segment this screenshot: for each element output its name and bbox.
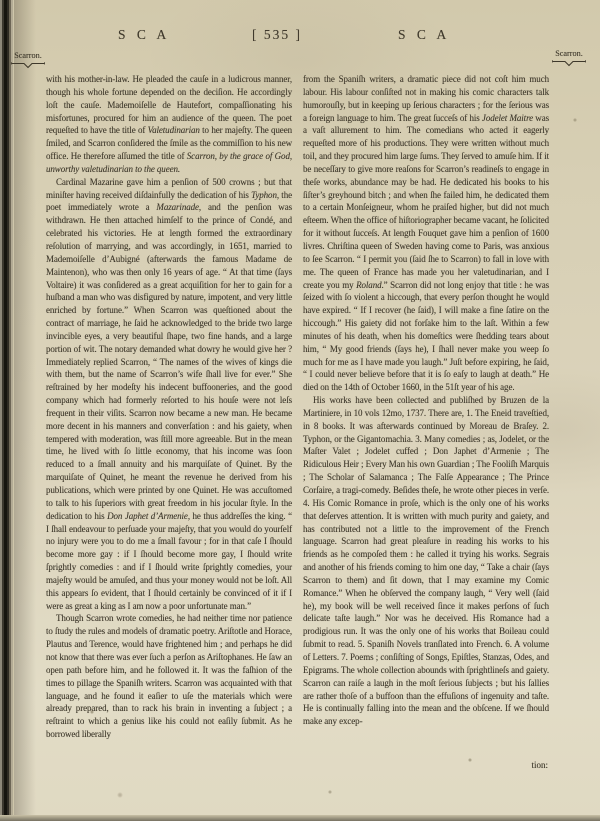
italic-text-run: Typhon (251, 190, 277, 200)
text-run: was a vaſt allurement to him. The comedi… (303, 113, 549, 290)
text-run: , and the penſion was withdrawn. He then… (46, 202, 292, 520)
paragraph: from the Spaniſh writers, a dramatic pie… (303, 73, 549, 394)
paragraph: with his mother-in-law. He pleaded the c… (46, 73, 292, 176)
text-run: His works have been collected and publiſ… (303, 395, 549, 726)
text-run: .” Scarron did not long enjoy that title… (303, 280, 549, 393)
margin-note-label: Scarron. (555, 49, 583, 58)
italic-text-run: Jodelet Maitre (482, 113, 533, 123)
catchword: tion: (460, 760, 548, 770)
page-header: S C A [ 535 ] S C A (0, 27, 600, 45)
margin-note-right: Scarron. (549, 49, 589, 67)
right-column: from the Spaniſh writers, a dramatic pie… (303, 73, 549, 728)
paragraph: Though Scarron wrote comedies, he had ne… (46, 612, 292, 740)
paragraph: Cardinal Mazarine gave him a penſion of … (46, 176, 292, 613)
binding-edge (0, 0, 14, 821)
binding-shadow (14, 0, 36, 821)
book-page: S C A [ 535 ] S C A Scarron. Scarron. wi… (0, 0, 600, 821)
running-title-left: S C A (118, 27, 170, 43)
margin-note-left: Scarron. (8, 51, 48, 69)
text-run: Though Scarron wrote comedies, he had ne… (46, 613, 292, 739)
italic-text-run: Roland (356, 280, 381, 290)
page-bottom-edge (0, 815, 600, 821)
italic-text-run: Don Japhet d’Armenie (107, 511, 188, 521)
margin-note-label: Scarron. (14, 51, 42, 60)
running-title-right: S C A (398, 27, 450, 43)
text-run: , he thus addreſſes the king. “ I ſhall … (46, 511, 292, 611)
page-number: [ 535 ] (252, 27, 302, 43)
margin-note-brace-icon (11, 61, 45, 69)
paragraph: His works have been collected and publiſ… (303, 394, 549, 728)
italic-text-run: Mazarinade (156, 202, 199, 212)
margin-note-brace-icon (552, 59, 586, 67)
left-column: with his mother-in-law. He pleaded the c… (46, 73, 292, 741)
italic-text-run: Valetudinarian (148, 125, 200, 135)
